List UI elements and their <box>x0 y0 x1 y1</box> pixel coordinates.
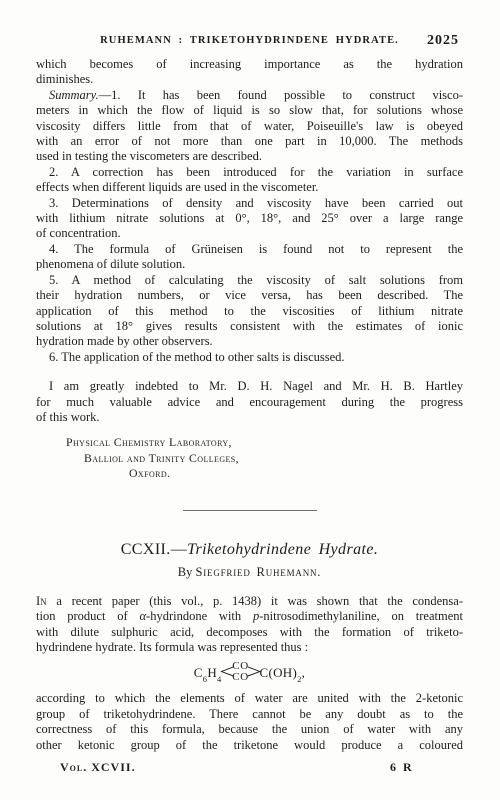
author-name: Siegfried Ruhemann. <box>195 565 321 579</box>
page-number: 2025 <box>427 33 459 49</box>
text-segment: In <box>36 594 47 608</box>
paragraph: In a recent paper (this vol., p. 1438) i… <box>36 594 463 656</box>
text-line: 5. A method of calculating the viscosity… <box>36 273 463 288</box>
text-segment: 2. A correction has been introduced for … <box>49 165 463 179</box>
page-footer: Vol. XCVII. 6 R <box>36 760 463 776</box>
text-segment: which becomes of increasing importance a… <box>36 57 463 71</box>
volume-label: Vol. XCVII. <box>60 760 136 775</box>
text-line: diminishes. <box>36 72 463 87</box>
paragraph: 2. A correction has been introduced for … <box>36 165 463 196</box>
running-header: RUHEMANN : TRIKETOHYDRINDENE HYDRATE. 20… <box>36 35 463 51</box>
text-segment: hydration made by other observers. <box>36 334 213 348</box>
text-line: with dilute sulphuric acid, decomposes w… <box>36 625 463 640</box>
text-line: viscosity differs little from that of wa… <box>36 119 463 134</box>
paragraph: 5. A method of calculating the viscosity… <box>36 273 463 350</box>
text-segment: their hydration numbers, or vice versa, … <box>36 288 463 302</box>
text-line: their hydration numbers, or vice versa, … <box>36 288 463 303</box>
end-of-previous-article: which becomes of increasing importance a… <box>36 57 463 425</box>
text-line: effects when different liquids are used … <box>36 180 463 195</box>
text-segment: a recent paper (this vol., p. 1438) it w… <box>47 594 463 608</box>
text-segment: 3. Determinations of density and viscosi… <box>49 196 463 210</box>
text-line: group of triketohydrindene. There cannot… <box>36 707 463 722</box>
text-segment: Summary. <box>49 88 99 102</box>
text-line: correctness of this formula, because the… <box>36 722 463 737</box>
text-segment: with lithium nitrate solutions at 0°, 18… <box>36 211 463 225</box>
address-line: Balliol and Trinity Colleges, <box>36 451 463 466</box>
formula-prefix: C6H4 <box>194 665 222 680</box>
text-segment: with an error of not more than one part … <box>36 134 463 148</box>
paragraph: I am greatly indebted to Mr. D. H. Nagel… <box>36 379 463 425</box>
text-segment: for much valuable advice and encourageme… <box>36 395 463 409</box>
text-line: which becomes of increasing importance a… <box>36 57 463 72</box>
address-line: Physical Chemistry Laboratory, <box>36 435 463 450</box>
text-line: I am greatly indebted to Mr. D. H. Nagel… <box>36 379 463 394</box>
paragraph: 4. The formula of Grüneisen is found not… <box>36 242 463 273</box>
text-line: 3. Determinations of density and viscosi… <box>36 196 463 211</box>
text-segment: hydrindene hydrate. Its formula was repr… <box>36 640 308 654</box>
paragraph: which becomes of increasing importance a… <box>36 57 463 88</box>
text-line: according to which the elements of water… <box>36 691 463 706</box>
text-segment: of this work. <box>36 410 100 424</box>
text-segment: phenomena of dilute solution. <box>36 257 185 271</box>
text-line: Summary.—1. It has been found possible t… <box>36 88 463 103</box>
text-line: 4. The formula of Grüneisen is found not… <box>36 242 463 257</box>
bond-bracket-left-icon: < <box>219 662 235 683</box>
text-line: of this work. <box>36 410 463 425</box>
text-segment: -nitrosodimethylaniline, on treatment <box>259 609 463 623</box>
text-segment: I am greatly indebted to Mr. D. H. Nagel… <box>49 379 463 393</box>
article-number: CCXII.— <box>121 541 187 558</box>
text-segment: viscosity differs little from that of wa… <box>36 119 463 133</box>
running-title: RUHEMANN : TRIKETOHYDRINDENE HYDRATE. <box>36 35 463 46</box>
text-line: tion product of α-hydrindone with p-nitr… <box>36 609 463 624</box>
text-segment: other ketonic group of the triketone wou… <box>36 738 463 752</box>
address-line: Oxford. <box>36 466 463 481</box>
text-line: with an error of not more than one part … <box>36 134 463 149</box>
bond-bracket-right-icon: > <box>246 662 262 683</box>
text-segment: group of triketohydrindene. There cannot… <box>36 707 463 721</box>
article-title: CCXII.—Triketohydrindene Hydrate. <box>36 542 463 557</box>
byline-prefix: By <box>178 565 196 579</box>
text-segment: —1. It has been found possible to constr… <box>99 88 463 102</box>
paragraph: 3. Determinations of density and viscosi… <box>36 196 463 242</box>
text-line: 6. The application of the method to othe… <box>36 350 463 365</box>
text-line: meters in which the flow of liquid is so… <box>36 103 463 118</box>
section-divider <box>183 510 317 511</box>
formula-suffix: C(OH)2, <box>260 665 306 680</box>
text-line: In a recent paper (this vol., p. 1438) i… <box>36 594 463 609</box>
text-segment: of concentration. <box>36 226 121 240</box>
journal-page: RUHEMANN : TRIKETOHYDRINDENE HYDRATE. 20… <box>0 0 500 800</box>
text-line: used in testing the viscometers are desc… <box>36 149 463 164</box>
signature-mark: 6 R <box>390 760 414 775</box>
page-body: which becomes of increasing importance a… <box>36 57 463 753</box>
text-line: hydrindene hydrate. Its formula was repr… <box>36 640 463 655</box>
text-segment: correctness of this formula, because the… <box>36 722 463 736</box>
text-segment: meters in which the flow of liquid is so… <box>36 103 463 117</box>
text-segment: according to which the elements of water… <box>36 691 463 705</box>
text-line: for much valuable advice and encourageme… <box>36 395 463 410</box>
text-segment: with dilute sulphuric acid, decomposes w… <box>36 625 463 639</box>
text-segment: 6. The application of the method to othe… <box>49 350 345 364</box>
text-segment: solutions at 18° gives results consisten… <box>36 319 463 333</box>
text-line: solutions at 18° gives results consisten… <box>36 319 463 334</box>
text-segment: 4. The formula of Grüneisen is found not… <box>49 242 463 256</box>
text-segment: effects when different liquids are used … <box>36 180 318 194</box>
text-line: with lithium nitrate solutions at 0°, 18… <box>36 211 463 226</box>
paragraph: 6. The application of the method to othe… <box>36 350 463 365</box>
text-line: of concentration. <box>36 226 463 241</box>
chemical-formula: C6H4 < CO CO > C(OH)2, <box>36 657 463 687</box>
text-line: hydration made by other observers. <box>36 334 463 349</box>
text-line: phenomena of dilute solution. <box>36 257 463 272</box>
article-byline: By Siegfried Ruhemann. <box>36 565 463 580</box>
paragraph: Summary.—1. It has been found possible t… <box>36 88 463 165</box>
text-segment: used in testing the viscometers are desc… <box>36 149 262 163</box>
text-line: other ketonic group of the triketone wou… <box>36 738 463 753</box>
text-segment: tion product of <box>36 609 139 623</box>
article-intro: In a recent paper (this vol., p. 1438) i… <box>36 594 463 656</box>
address-block: Physical Chemistry Laboratory, Balliol a… <box>36 435 463 481</box>
text-line: 2. A correction has been introduced for … <box>36 165 463 180</box>
article-name: Triketohydrindene Hydrate. <box>187 541 378 558</box>
text-segment: -hydrindone with <box>146 609 253 623</box>
text-segment: application of this method to the viscos… <box>36 304 463 318</box>
paragraph: according to which the elements of water… <box>36 691 463 753</box>
text-line: application of this method to the viscos… <box>36 304 463 319</box>
article-continuation: according to which the elements of water… <box>36 691 463 753</box>
text-segment: diminishes. <box>36 72 93 86</box>
text-segment: 5. A method of calculating the viscosity… <box>49 273 463 287</box>
